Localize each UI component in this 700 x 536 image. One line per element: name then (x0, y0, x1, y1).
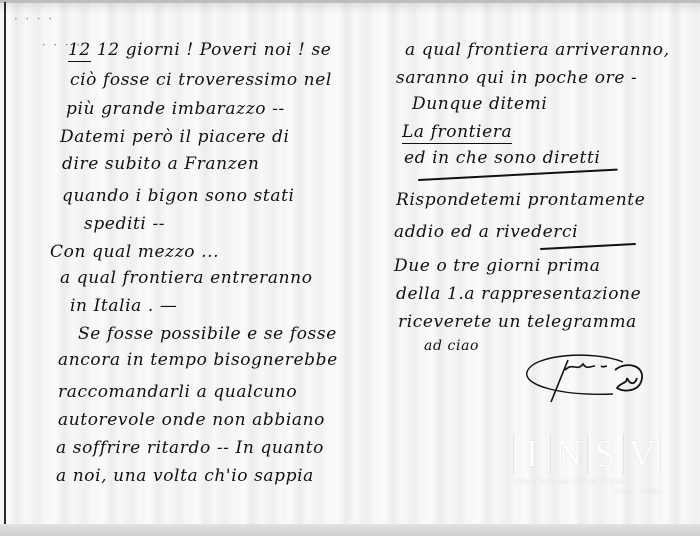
underline-stroke (540, 243, 636, 250)
watermark-letters: I N S V (513, 434, 661, 474)
text-line: della 1.a rappresentazione (396, 284, 641, 304)
top-edge (0, 0, 700, 3)
text-line: ancora in tempo bisognerebbe (58, 350, 338, 370)
signature: GVerdi (523, 352, 653, 407)
watermark-letter: S (587, 434, 624, 474)
text-line: a noi, una volta ch'io sappia (56, 466, 314, 486)
text-line: spediti -- (84, 214, 165, 234)
text-line: 12 12 giorni ! Poveri noi ! se (68, 40, 331, 60)
text-line: in Italia . — (70, 296, 178, 316)
watermark-institute-name: Istituto Nazionale di Studi Verdiani (513, 477, 661, 486)
page-mark: • • • • (14, 16, 55, 23)
text-line: ad ciao (424, 338, 479, 354)
text-line: riceverete un telegramma (398, 312, 637, 332)
text-line: più grande imbarazzo -- (66, 99, 285, 119)
underline-stroke (418, 169, 618, 181)
text-line: autorevole onde non abbiano (58, 410, 325, 430)
text-line: quando i bigon sono stati (62, 186, 295, 206)
signature-glyph (523, 352, 653, 407)
text-line: Due o tre giorni prima (394, 256, 600, 276)
watermark-letter: V (623, 434, 660, 474)
text-line-content: addio ed a rivederci (394, 222, 578, 242)
letter-scan: • • • • • • • • 12 12 giorni ! Poveri no… (0, 0, 700, 536)
text-line: a soffrire ritardo -- In quanto (56, 438, 324, 458)
text-line: raccomandarli a qualcuno (58, 382, 297, 402)
watermark-letter: N (550, 434, 587, 474)
text-line-content: 12 giorni ! Poveri noi ! se (97, 40, 332, 60)
insv-watermark: I N S V Istituto Nazionale di Studi Verd… (513, 434, 661, 498)
left-edge-shadow (4, 2, 6, 524)
text-line: a qual frontiera entreranno (60, 268, 313, 288)
watermark-location: Parma - Busseto (513, 487, 661, 495)
text-line: a qual frontiera arriveranno, (405, 40, 670, 60)
text-line: Datemi però il piacere di (60, 127, 290, 147)
text-line: Con qual mezzo ... (50, 242, 219, 262)
text-line: addio ed a rivederci (394, 222, 578, 242)
text-line: ciò fosse ci troveressimo nel (70, 70, 332, 90)
text-line: La frontiera (402, 122, 512, 142)
watermark-letter: I (513, 434, 550, 474)
bottom-edge (0, 524, 700, 536)
text-line: saranno qui in poche ore - (396, 68, 637, 88)
text-line: Se fosse possibile e se fosse (78, 324, 337, 344)
underlined-text: La frontiera (402, 122, 512, 144)
text-line: Dunque ditemi (412, 94, 547, 114)
underlined-text: 12 (68, 40, 91, 62)
text-line: dire subito a Franzen (62, 154, 259, 174)
text-line: ed in che sono diretti (404, 148, 600, 168)
text-line: Rispondetemi prontamente (396, 190, 645, 210)
